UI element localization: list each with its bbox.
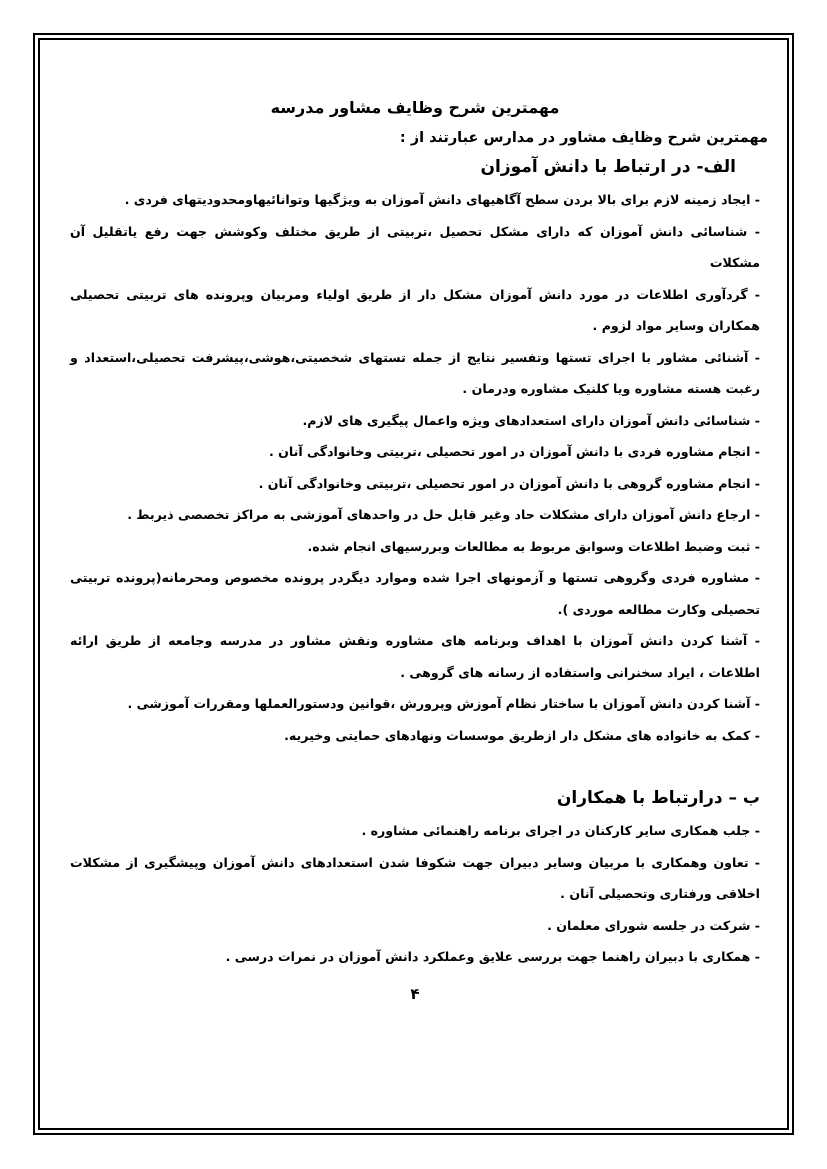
list-item: - تعاون وهمکاری با مربیان وسایر دبیران ج… — [70, 847, 760, 910]
list-item: - شناسائی دانش آموزان که دارای مشکل تحصی… — [70, 216, 760, 279]
list-item: - انجام مشاوره گروهی با دانش آموزان در ا… — [70, 468, 760, 500]
list-item: - شناسائی دانش آموزان دارای استعدادهای و… — [70, 405, 760, 437]
list-item: - جلب همکاری سایر کارکنان در اجرای برنام… — [70, 815, 760, 847]
list-item: - همکاری با دبیران راهنما جهت بررسی علای… — [70, 941, 760, 973]
list-item: - شرکت در جلسه شورای معلمان . — [70, 910, 760, 942]
list-item: - آشنا کردن دانش آموزان با ساختار نظام آ… — [70, 688, 760, 720]
section-heading-students: الف- در ارتباط با دانش آموزان — [70, 150, 736, 184]
page-number: ۴ — [70, 985, 760, 1003]
list-item: - مشاوره فردی وگروهی تستها و آزمونهای اج… — [70, 562, 760, 625]
list-item: - ارجاع دانش آموزان دارای مشکلات حاد وغی… — [70, 499, 760, 531]
list-item: - گردآوری اطلاعات در مورد دانش آموزان مش… — [70, 279, 760, 342]
list-item: - آشنا کردن دانش آموزان با اهداف وبرنامه… — [70, 625, 760, 688]
list-item: - ثبت وضبط اطلاعات وسوابق مربوط به مطالع… — [70, 531, 760, 563]
list-item: - کمک به خانواده های مشکل دار ازطریق موس… — [70, 720, 760, 752]
list-item: - انجام مشاوره فردی با دانش آموزان در ام… — [70, 436, 760, 468]
section-heading-colleagues: ب – درارتباط با همکاران — [70, 781, 760, 815]
document-subtitle: مهمترین شرح وظایف مشاور در مدارس عبارتند… — [70, 126, 768, 150]
list-item: - آشنائی مشاور با اجرای تستها وتفسیر نتا… — [70, 342, 760, 405]
section-students: الف- در ارتباط با دانش آموزان - ایجاد زم… — [70, 150, 760, 751]
list-item: - ایجاد زمینه لازم برای بالا بردن سطح آگ… — [70, 184, 760, 216]
section-colleagues: ب – درارتباط با همکاران - جلب همکاری سای… — [70, 781, 760, 973]
document-title: مهمترین شرح وظایف مشاور مدرسه — [70, 90, 760, 126]
document-page: مهمترین شرح وظایف مشاور مدرسه مهمترین شر… — [70, 88, 760, 1003]
